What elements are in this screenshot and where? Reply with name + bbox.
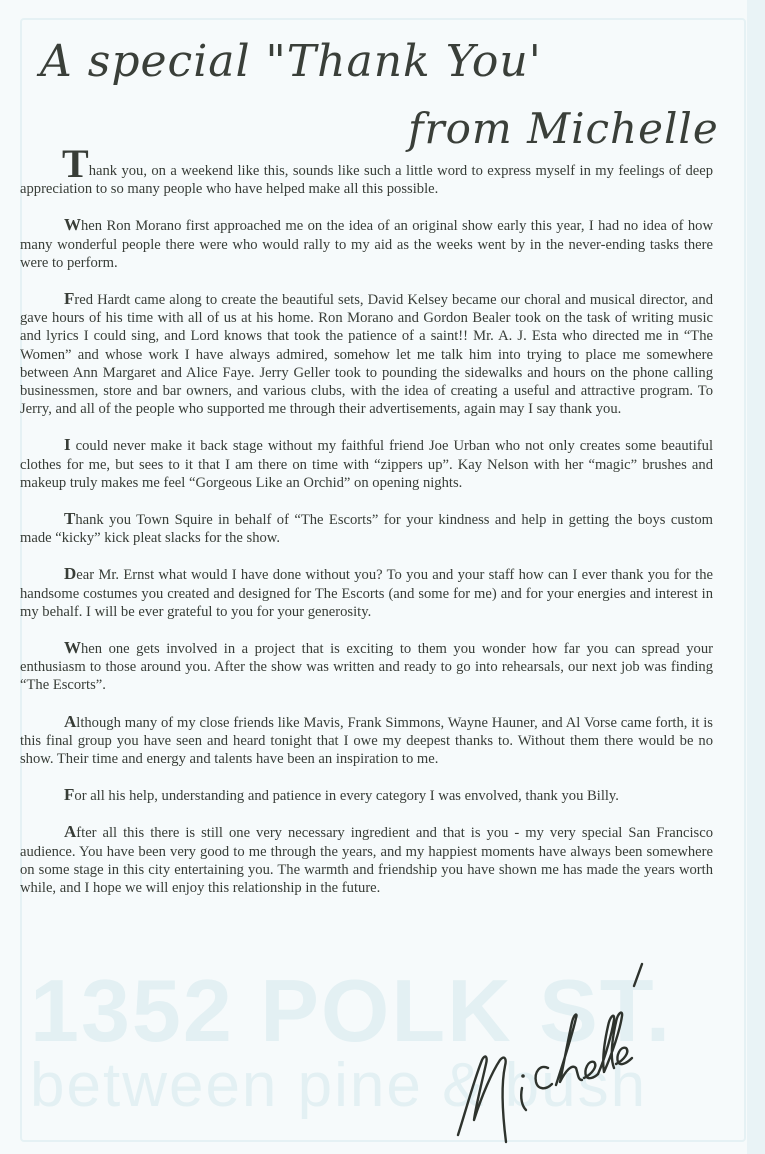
paragraph-2: When Ron Morano first approached me on t… bbox=[20, 216, 713, 272]
lead-cap: A bbox=[64, 712, 76, 731]
lead-cap: D bbox=[64, 564, 76, 583]
page-subtitle: from Michelle bbox=[408, 104, 719, 153]
paragraph-text: hank you, on a weekend like this, sounds… bbox=[20, 163, 713, 197]
paragraph-text: hen Ron Morano first approached me on th… bbox=[20, 218, 713, 270]
lead-cap: F bbox=[64, 289, 74, 308]
paragraph-text: fter all this there is still one very ne… bbox=[20, 825, 713, 896]
paragraph-9: For all his help, understanding and pati… bbox=[20, 786, 713, 805]
paragraph-text: ear Mr. Ernst what would I have done wit… bbox=[20, 567, 713, 619]
paragraph-4: I could never make it back stage without… bbox=[20, 436, 713, 492]
page-title: A special "Thank You' bbox=[40, 36, 542, 87]
lead-cap: I bbox=[64, 435, 71, 454]
paragraph-1: Thank you, on a weekend like this, sound… bbox=[20, 150, 713, 198]
paragraph-text: red Hardt came along to create the beaut… bbox=[20, 292, 713, 417]
paragraph-text: could never make it back stage without m… bbox=[20, 438, 713, 490]
handwritten-signature bbox=[430, 960, 670, 1150]
page-edge-strip bbox=[747, 0, 765, 1154]
lead-cap: T bbox=[64, 509, 75, 528]
letter-body: Thank you, on a weekend like this, sound… bbox=[20, 150, 713, 915]
signature-icon bbox=[430, 960, 670, 1150]
paragraph-text: hank you Town Squire in behalf of “The E… bbox=[20, 512, 713, 546]
paragraph-text: or all his help, understanding and patie… bbox=[74, 788, 619, 804]
paragraph-5: Thank you Town Squire in behalf of “The … bbox=[20, 510, 713, 547]
lead-cap: A bbox=[64, 822, 76, 841]
paragraph-10: After all this there is still one very n… bbox=[20, 823, 713, 897]
paragraph-3: Fred Hardt came along to create the beau… bbox=[20, 290, 713, 418]
paragraph-text: hen one gets involved in a project that … bbox=[20, 641, 713, 693]
lead-cap: W bbox=[64, 638, 81, 657]
paragraph-6: Dear Mr. Ernst what would I have done wi… bbox=[20, 565, 713, 621]
lead-cap: W bbox=[64, 215, 81, 234]
lead-cap: F bbox=[64, 785, 74, 804]
paragraph-text: lthough many of my close friends like Ma… bbox=[20, 715, 713, 767]
paragraph-7: When one gets involved in a project that… bbox=[20, 639, 713, 695]
drop-cap: T bbox=[62, 141, 89, 186]
paragraph-8: Although many of my close friends like M… bbox=[20, 713, 713, 769]
